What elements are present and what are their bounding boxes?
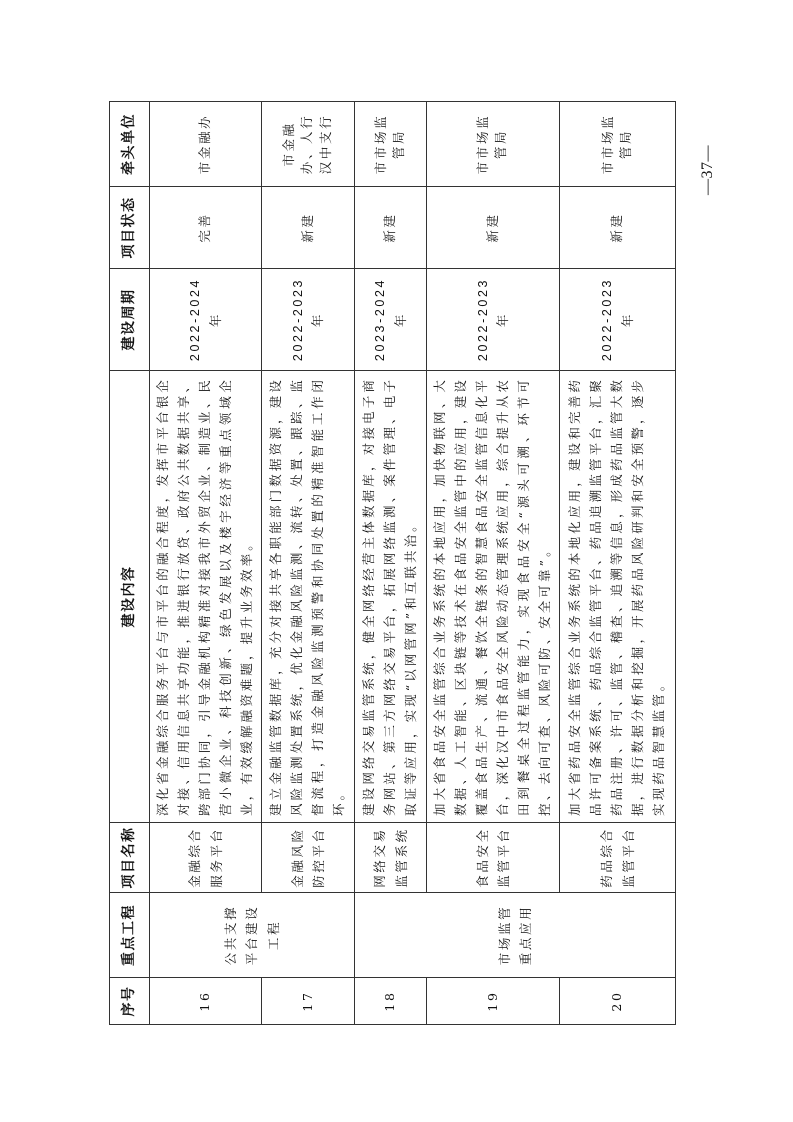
lead-unit-cell: 市金融办、人行汉中支行 <box>262 102 355 187</box>
project-name-cell: 网络交易监管系统 <box>355 823 427 893</box>
project-table: 序号 重点工程 项目名称 建设内容 建设周期 项目状态 牵头单位 16 公共支撑… <box>109 101 676 1025</box>
lead-unit: 市市场监管局 <box>599 112 635 176</box>
lead-unit-cell: 市市场监管局 <box>427 102 560 187</box>
project-name-cell: 金融风险防控平台 <box>262 823 355 893</box>
period-cell: 2022-2024 年 <box>150 269 262 371</box>
header-row: 序号 重点工程 项目名称 建设内容 建设周期 项目状态 牵头单位 <box>110 102 150 1025</box>
key-project-cell: 市场监管重点应用 <box>355 893 676 978</box>
project-name-cell: 药品综合监管平台 <box>560 823 676 893</box>
lead-unit-cell: 市市场监管局 <box>355 102 427 187</box>
row-index: 19 <box>427 978 560 1025</box>
status-cell: 完善 <box>150 187 262 269</box>
header-period: 建设周期 <box>110 269 150 371</box>
project-name-cell: 食品安全监管平台 <box>427 823 560 893</box>
status-cell: 新建 <box>427 187 560 269</box>
lead-unit: 市金融办、人行汉中支行 <box>280 112 334 176</box>
table-row: 17 金融风险防控平台 建立金融监管数据库，充分对接共享各职能部门数据资源，建设… <box>262 102 355 1025</box>
header-lead-unit: 牵头单位 <box>110 102 150 187</box>
table-row: 18 市场监管重点应用 网络交易监管系统 建设网络交易监管系统，健全网络经营主体… <box>355 102 427 1025</box>
project-name: 金融风险防控平台 <box>287 827 330 889</box>
content-cell: 深化省金融综合服务平台与市平台的融合程度，发挥市平台银企对接、信用信息共享功能，… <box>150 371 262 823</box>
content-cell: 建立金融监管数据库，充分对接共享各职能部门数据资源，建设风险监测处置系统，优化金… <box>262 371 355 823</box>
header-status: 项目状态 <box>110 187 150 269</box>
rotated-table-sheet: 序号 重点工程 项目名称 建设内容 建设周期 项目状态 牵头单位 16 公共支撑… <box>109 102 674 1025</box>
page-number-text: —37— <box>699 145 717 195</box>
lead-unit-cell: 市市场监管局 <box>560 102 676 187</box>
key-project-cell: 公共支撑平台建设工程 <box>150 893 355 978</box>
table-row: 16 公共支撑平台建设工程 金融综合服务平台 深化省金融综合服务平台与市平台的融… <box>150 102 262 1025</box>
status-cell: 新建 <box>355 187 427 269</box>
row-index: 18 <box>355 978 427 1025</box>
key-project-label: 市场监管重点应用 <box>494 904 537 966</box>
status-cell: 新建 <box>262 187 355 269</box>
header-key-project: 重点工程 <box>110 893 150 978</box>
project-name: 金融综合服务平台 <box>184 827 227 889</box>
row-index: 16 <box>150 978 262 1025</box>
period-cell: 2023-2024 年 <box>355 269 427 371</box>
header-content: 建设内容 <box>110 371 150 823</box>
lead-unit: 市市场监管局 <box>372 112 408 176</box>
header-project-name: 项目名称 <box>110 823 150 893</box>
key-project-label: 公共支撑平台建设工程 <box>220 904 284 966</box>
status-cell: 新建 <box>560 187 676 269</box>
content-cell: 建设网络交易监管系统，健全网络经营主体数据库，对接电子商务网站、第三方网络交易平… <box>355 371 427 823</box>
lead-unit: 市金融办 <box>196 112 214 176</box>
project-name: 药品综合监管平台 <box>596 827 639 889</box>
content-cell: 加大省食品安全监管综合业务系统的本地应用，加快物联网、大数据、人工智能、区块链等… <box>427 371 560 823</box>
lead-unit-cell: 市金融办 <box>150 102 262 187</box>
period-cell: 2022-2023 年 <box>560 269 676 371</box>
table-row: 20 药品综合监管平台 加大省药品安全监管综合业务系统的本地化应用，建设和完善药… <box>560 102 676 1025</box>
project-name-cell: 金融综合服务平台 <box>150 823 262 893</box>
header-index: 序号 <box>110 978 150 1025</box>
table-row: 19 食品安全监管平台 加大省食品安全监管综合业务系统的本地应用，加快物联网、大… <box>427 102 560 1025</box>
row-index: 20 <box>560 978 676 1025</box>
project-name: 食品安全监管平台 <box>472 827 515 889</box>
project-name: 网络交易监管系统 <box>369 827 412 889</box>
lead-unit: 市市场监管局 <box>474 112 510 176</box>
content-cell: 加大省药品安全监管综合业务系统的本地化应用，建设和完善药品许可备案系统、药品综合… <box>560 371 676 823</box>
period-cell: 2022-2023 年 <box>427 269 560 371</box>
row-index: 17 <box>262 978 355 1025</box>
page-number: —37— <box>688 140 728 200</box>
period-cell: 2022-2023 年 <box>262 269 355 371</box>
